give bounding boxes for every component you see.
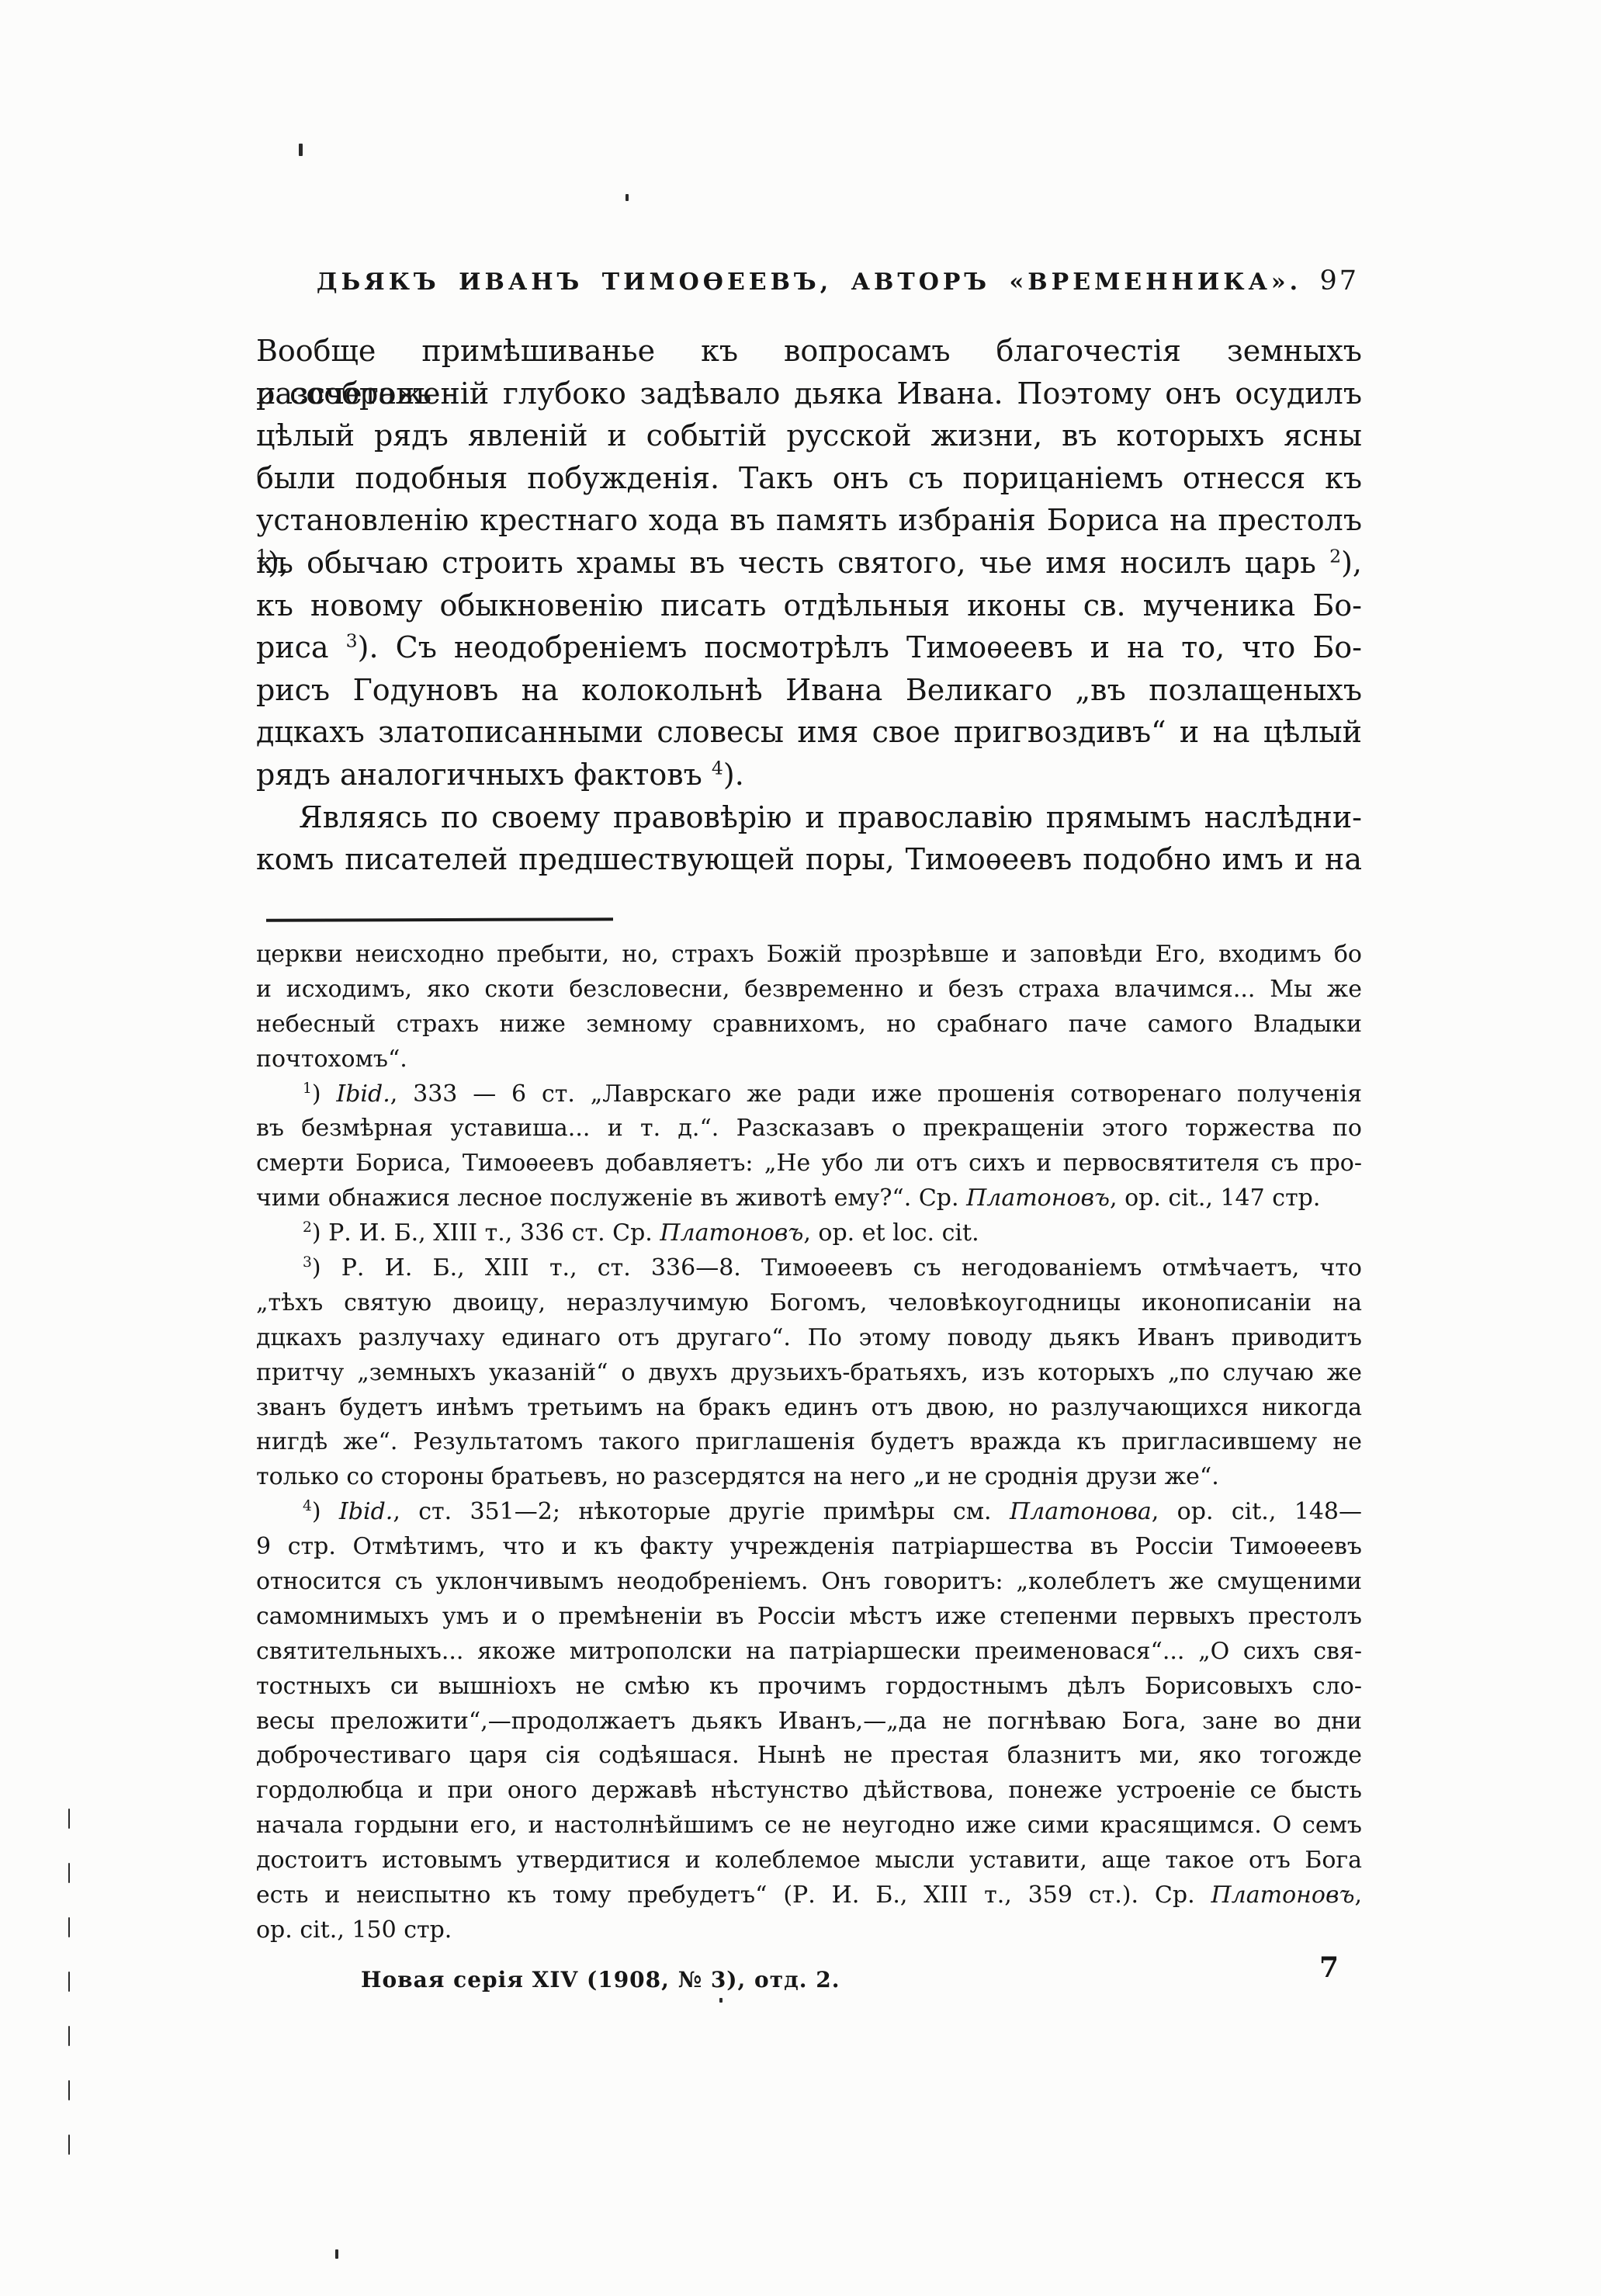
footnote-line: въ безмѣрная уставиша... и т. д.“. Разск… <box>256 1112 1362 1146</box>
footnote-line: притчу „земныхъ указаній“ о двухъ друзьи… <box>256 1356 1362 1391</box>
footnote-line: церкви неисходно пребыти, но, страхъ Бож… <box>256 938 1362 973</box>
footnote-line: смерти Бориса, Тимоѳеевъ добавляетъ: „Не… <box>256 1146 1362 1181</box>
footnote-line: достоитъ истовымъ утвердитися и колеблем… <box>256 1843 1362 1878</box>
page-number: 97 <box>1319 265 1359 297</box>
footnote-line: весы преложити“,—продолжаетъ дьякъ Иванъ… <box>256 1705 1362 1739</box>
footnote-line: почтохомъ“. <box>256 1042 1362 1077</box>
footnote-line: начала гордыни его, и настолнѣйшимъ се н… <box>256 1809 1362 1843</box>
body-text-line: къ обычаю строить храмы въ честь святого… <box>256 542 1362 584</box>
footnote-line: относится съ уклончивымъ неодобреніемъ. … <box>256 1565 1362 1600</box>
page-header: ДЬЯКЪ ИВАНЪ ТИМОѲЕЕВЪ, АВТОРЪ «ВРЕМЕННИК… <box>256 269 1362 303</box>
running-head-title: ДЬЯКЪ ИВАНЪ ТИМОѲЕЕВЪ, АВТОРЪ «ВРЕМЕННИК… <box>256 269 1362 296</box>
scan-speck <box>68 1863 70 1883</box>
body-text-line: къ новому обыкновенію писать отдѣльныя и… <box>256 584 1362 627</box>
footnote-line: и исходимъ, яко скоти безсловесни, безвр… <box>256 973 1362 1008</box>
body-text-line: комъ писателей предшествующей поры, Тимо… <box>256 838 1362 881</box>
footnote-line: 2) Р. И. Б., XIII т., 336 ст. Ср. Платон… <box>256 1216 1362 1251</box>
scan-speck <box>68 1972 70 1992</box>
body-text-line: рисъ Годуновъ на колокольнѣ Ивана Велика… <box>256 669 1362 712</box>
footnote-line: „тѣхъ святую двоицу, неразлучимую Богомъ… <box>256 1286 1362 1321</box>
footnote-line: op. cit., 150 стр. <box>256 1913 1362 1948</box>
footnote-line: званъ будетъ инѣмъ третьимъ на бракъ еди… <box>256 1391 1362 1426</box>
footnote-line: 3) Р. И. Б., XIII т., ст. 336—8. Тимоѳее… <box>256 1251 1362 1286</box>
footnote-line: только со стороны братьевъ, но разсердят… <box>256 1460 1362 1495</box>
body-text-line: Являясь по своему правовѣрію и православ… <box>256 796 1362 839</box>
body-text-line: Вообще примѣшиванье къ вопросамъ благоче… <box>256 330 1362 373</box>
scan-speck <box>719 1998 723 2003</box>
scan-speck <box>68 1917 70 1937</box>
scan-speck <box>335 2249 338 2259</box>
footnote-line: тостныхъ си вышніохъ не смѣю къ прочимъ … <box>256 1670 1362 1705</box>
body-text-line: дцкахъ златописанными словесы имя свое п… <box>256 711 1362 754</box>
body-text-line: и соображеній глубоко задѣвало дьяка Ива… <box>256 373 1362 415</box>
scan-speck <box>68 2026 70 2046</box>
footnote-line: 1) Ibid., 333 — 6 ст. „Лаврскаго же ради… <box>256 1077 1362 1112</box>
footnote-line: чими обнажися лесное послуженіе въ живот… <box>256 1181 1362 1216</box>
footnote-line: самомнимыхъ умъ и о премѣненіи въ Россіи… <box>256 1600 1362 1635</box>
body-text: Вообще примѣшиванье къ вопросамъ благоче… <box>256 330 1362 881</box>
footnote-line: небесный страхъ ниже земному сравнихомъ,… <box>256 1008 1362 1042</box>
body-text-line: риса 3). Съ неодобреніемъ посмотрѣлъ Тим… <box>256 626 1362 669</box>
footnote-line: гордолюбца и при оного державѣ нѣстунств… <box>256 1774 1362 1809</box>
scan-speck <box>625 194 629 201</box>
footnote-line: святительныхъ... якоже митрополски на па… <box>256 1635 1362 1670</box>
footnote-line: есть и неиспытно къ тому пребудетъ“ (Р. … <box>256 1878 1362 1913</box>
scan-speck <box>68 1809 70 1829</box>
footnote-separator-rule <box>266 917 613 922</box>
footnote-line: дцкахъ разлучаху единаго отъ другаго“. П… <box>256 1321 1362 1356</box>
scan-speck <box>68 2080 70 2100</box>
body-text-line: цѣлый рядъ явленій и событій русской жиз… <box>256 414 1362 457</box>
footnote-line: 4) Ibid., ст. 351—2; нѣкоторые другіе пр… <box>256 1495 1362 1530</box>
footnote-line: нигдѣ же“. Результатомъ такого приглашен… <box>256 1425 1362 1460</box>
signature-number: 7 <box>1319 1951 1339 1984</box>
body-text-line: установленію крестнаго хода въ память из… <box>256 499 1362 542</box>
book-page-scan: ДЬЯКЪ ИВАНЪ ТИМОѲЕЕВЪ, АВТОРЪ «ВРЕМЕННИК… <box>0 0 1601 2296</box>
footnote-line: 9 стр. Отмѣтимъ, что и къ факту учрежден… <box>256 1530 1362 1565</box>
body-text-line: рядъ аналогичныхъ фактовъ 4). <box>256 754 1362 796</box>
body-text-line: были подобныя побужденія. Такъ онъ съ по… <box>256 457 1362 500</box>
scan-speck <box>68 2135 70 2155</box>
footnote-line: доброчестиваго царя сія содѣяшася. Нынѣ … <box>256 1739 1362 1774</box>
footnotes: церкви неисходно пребыти, но, страхъ Бож… <box>256 938 1362 1948</box>
series-imprint: Новая серія XIV (1908, № 3), отд. 2. <box>361 1967 840 1993</box>
scan-speck <box>299 144 303 156</box>
